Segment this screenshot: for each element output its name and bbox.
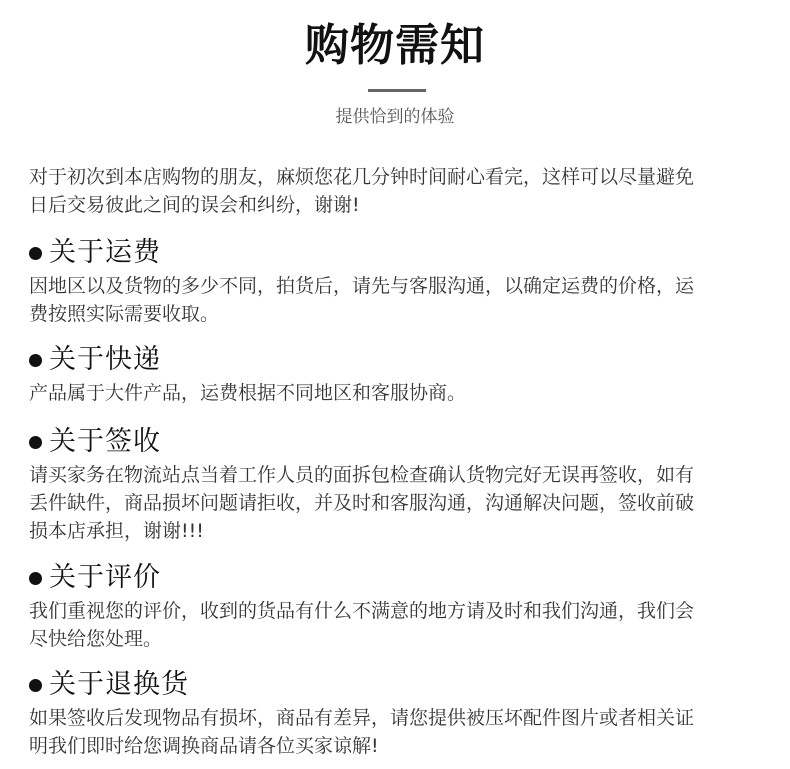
section-body: 请买家务在物流站点当着工作人员的面拆包检查确认货物完好无误再签收，如有 丢件缺件…: [29, 461, 779, 545]
bullet-icon: [29, 247, 42, 260]
section-reviews: 关于评价 我们重视您的评价，收到的货品有什么不满意的地方请及时和我们沟通，我们会…: [29, 560, 779, 653]
bullet-icon: [29, 679, 42, 692]
section-title: 关于快递: [49, 342, 161, 378]
section-line: 我们重视您的评价，收到的货品有什么不满意的地方请及时和我们沟通，我们会: [29, 597, 779, 625]
section-title: 关于评价: [49, 560, 161, 596]
section-receipt: 关于签收 请买家务在物流站点当着工作人员的面拆包检查确认货物完好无误再签收，如有…: [29, 424, 779, 545]
section-line: 请买家务在物流站点当着工作人员的面拆包检查确认货物完好无误再签收，如有: [29, 461, 779, 489]
section-line: 丢件缺件，商品损坏问题请拒收，并及时和客服沟通，沟通解决问题，签收前破: [29, 489, 779, 517]
section-returns: 关于退换货 如果签收后发现物品有损坏，商品有差异，请您提供被压坏配件图片或者相关…: [29, 667, 779, 760]
section-line: 明我们即时给您调换商品请各位买家谅解!: [29, 732, 779, 760]
page-subtitle: 提供恰到的体验: [0, 106, 790, 128]
section-heading: 关于快递: [29, 342, 779, 378]
section-body: 因地区以及货物的多少不同，拍货后，请先与客服沟通，以确定运费的价格，运 费按照实…: [29, 272, 779, 328]
section-heading: 关于签收: [29, 424, 779, 460]
bullet-icon: [29, 436, 42, 449]
section-body: 我们重视您的评价，收到的货品有什么不满意的地方请及时和我们沟通，我们会 尽快给您…: [29, 597, 779, 653]
title-divider: [368, 89, 426, 92]
section-line: 如果签收后发现物品有损坏，商品有差异，请您提供被压坏配件图片或者相关证: [29, 704, 779, 732]
section-line: 产品属于大件产品，运费根据不同地区和客服协商。: [29, 379, 779, 407]
section-title: 关于退换货: [49, 667, 189, 703]
section-line: 尽快给您处理。: [29, 625, 779, 653]
bullet-icon: [29, 354, 42, 367]
section-shipping-fee: 关于运费 因地区以及货物的多少不同，拍货后，请先与客服沟通，以确定运费的价格，运…: [29, 235, 779, 328]
intro-line: 日后交易彼此之间的误会和纠纷，谢谢!: [29, 191, 779, 219]
section-title: 关于运费: [49, 235, 161, 271]
intro-paragraph: 对于初次到本店购物的朋友，麻烦您花几分钟时间耐心看完，这样可以尽量避免 日后交易…: [29, 163, 779, 219]
section-title: 关于签收: [49, 424, 161, 460]
page-title: 购物需知: [0, 18, 790, 74]
section-body: 产品属于大件产品，运费根据不同地区和客服协商。: [29, 379, 779, 407]
section-heading: 关于评价: [29, 560, 779, 596]
section-line: 费按照实际需要收取。: [29, 300, 779, 328]
intro-line: 对于初次到本店购物的朋友，麻烦您花几分钟时间耐心看完，这样可以尽量避免: [29, 163, 779, 191]
section-body: 如果签收后发现物品有损坏，商品有差异，请您提供被压坏配件图片或者相关证 明我们即…: [29, 704, 779, 760]
section-line: 因地区以及货物的多少不同，拍货后，请先与客服沟通，以确定运费的价格，运: [29, 272, 779, 300]
section-heading: 关于运费: [29, 235, 779, 271]
section-heading: 关于退换货: [29, 667, 779, 703]
section-line: 损本店承担，谢谢!!!: [29, 517, 779, 545]
bullet-icon: [29, 572, 42, 585]
section-express: 关于快递 产品属于大件产品，运费根据不同地区和客服协商。: [29, 342, 779, 407]
